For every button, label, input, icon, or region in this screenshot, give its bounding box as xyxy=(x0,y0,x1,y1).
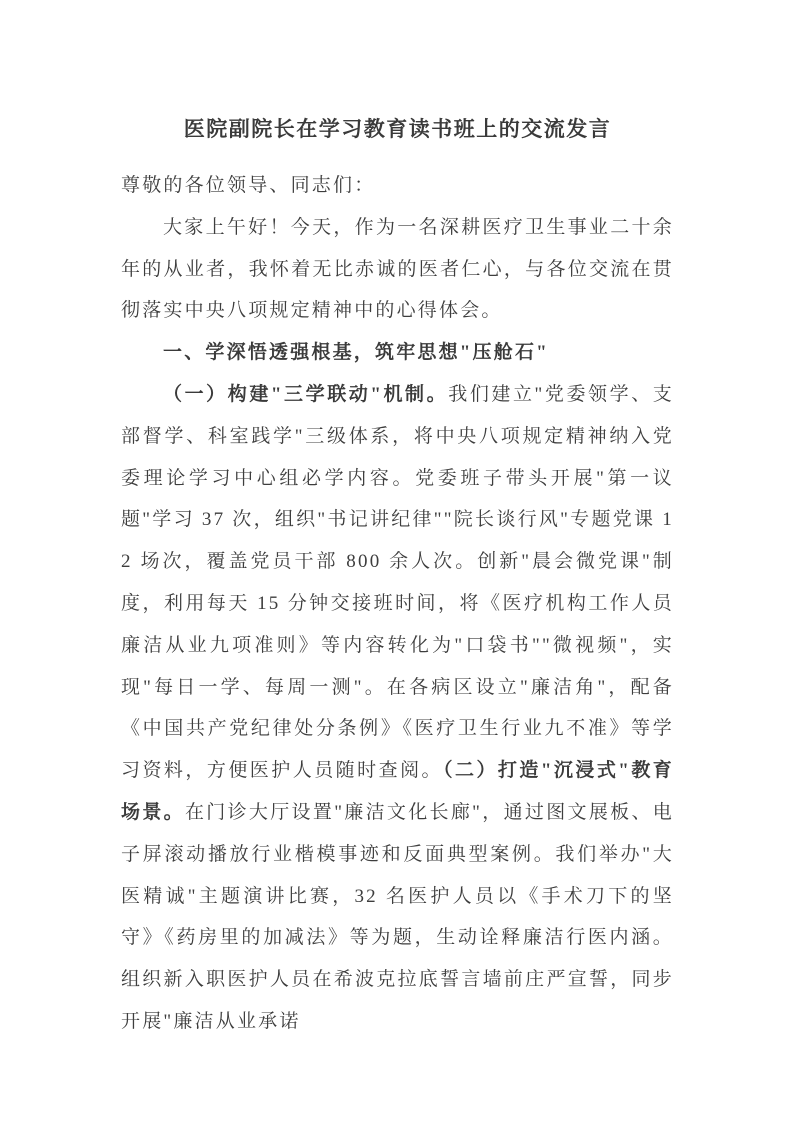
document-title: 医院副院长在学习教育读书班上的交流发言 xyxy=(121,113,674,145)
section-1-body: （一）构建"三学联动"机制。我们建立"党委领学、支部督学、科室践学"三级体系，将… xyxy=(121,374,674,1043)
salutation: 尊敬的各位领导、同志们： xyxy=(121,165,674,207)
subsection-1-title: （一）构建"三学联动"机制。 xyxy=(163,384,448,405)
subsection-2-text: 在门诊大厅设置"廉洁文化长廊"，通过图文展板、电子屏滚动播放行业楷模事迹和反面典… xyxy=(121,802,674,1032)
intro-paragraph: 大家上午好！今天，作为一名深耕医疗卫生事业二十余年的从业者，我怀着无比赤诚的医者… xyxy=(121,207,674,332)
document-page: 医院副院长在学习教育读书班上的交流发言 尊敬的各位领导、同志们： 大家上午好！今… xyxy=(0,0,793,1122)
section-1-heading: 一、学深悟透强根基，筑牢思想"压舱石" xyxy=(121,332,674,374)
subsection-1-text: 我们建立"党委领学、支部督学、科室践学"三级体系，将中央八项规定精神纳入党委理论… xyxy=(121,384,674,781)
